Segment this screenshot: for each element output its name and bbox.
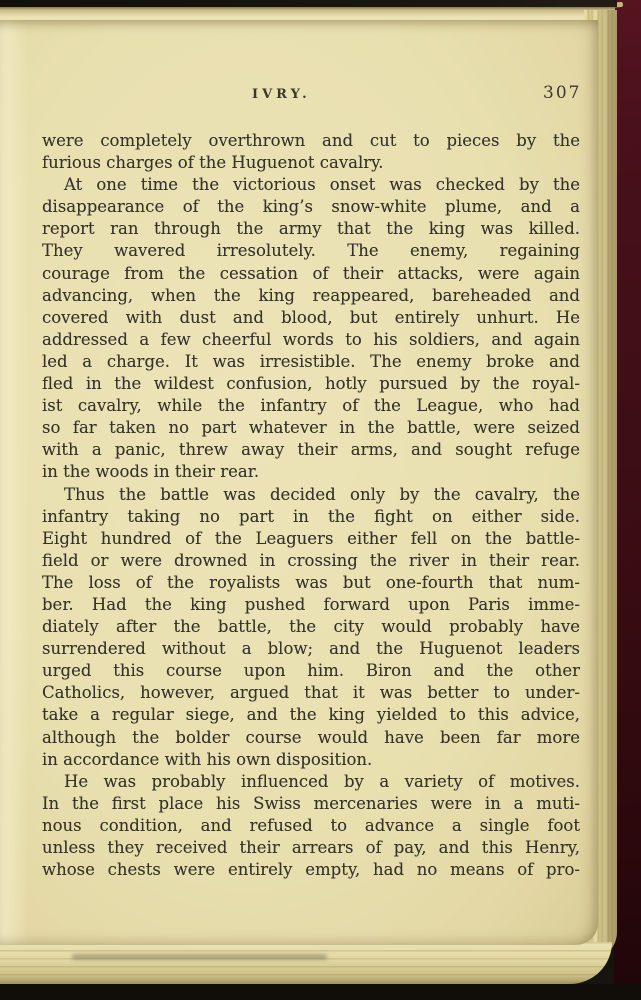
book-cover	[614, 0, 641, 986]
text-line: infantry taking no part in the fight on …	[42, 506, 580, 528]
text-line: They wavered irresolutely. The enemy, re…	[42, 240, 580, 262]
text-line: In the first place his Swiss mercenaries…	[42, 793, 580, 815]
text-line: ber. Had the king pushed forward upon Pa…	[42, 594, 580, 616]
text-line: field or were drowned in crossing the ri…	[42, 550, 580, 572]
text-line: nous condition, and refused to advance a…	[42, 815, 580, 837]
page-edges-bottom	[0, 942, 612, 984]
text-line: Catholics, however, argued that it was b…	[42, 682, 580, 704]
text-line: Thus the battle was decided only by the …	[42, 484, 580, 506]
text-line: in accordance with his own disposition.	[42, 749, 580, 771]
page-number: 307	[543, 83, 581, 103]
text-line: ist cavalry, while the infantry of the L…	[42, 395, 580, 417]
book-page: IVRY. 307 were completely overthrown and…	[0, 20, 598, 945]
text-line: were completely overthrown and cut to pi…	[42, 130, 580, 152]
text-line: so far taken no part whatever in the bat…	[42, 417, 580, 439]
text-line: covered with dust and blood, but entirel…	[42, 307, 580, 329]
text-line: diately after the battle, the city would…	[42, 616, 580, 638]
text-line: with a panic, threw away their arms, and…	[42, 439, 580, 461]
text-line: whose chests were entirely empty, had no…	[42, 859, 580, 881]
page-text: were completely overthrown and cut to pi…	[42, 130, 580, 881]
text-line: in the woods in their rear.	[42, 461, 580, 483]
text-line: unless they received their arrears of pa…	[42, 837, 580, 859]
text-line: disappearance of the king’s snow-white p…	[42, 196, 580, 218]
text-line: take a regular siege, and the king yield…	[42, 704, 580, 726]
photo-frame-top	[0, 0, 617, 7]
running-head: IVRY.	[252, 87, 311, 102]
text-line: courage from the cessation of their atta…	[42, 263, 580, 285]
text-line: surrendered without a blow; and the Hugu…	[42, 638, 580, 660]
text-line: Eight hundred of the Leaguers either fel…	[42, 528, 580, 550]
text-line: advancing, when the king reappeared, bar…	[42, 285, 580, 307]
text-line: urged this course upon him. Biron and th…	[42, 660, 580, 682]
text-line: furious charges of the Huguenot cavalry.	[42, 152, 580, 174]
book-photo: IVRY. 307 were completely overthrown and…	[0, 0, 641, 1000]
text-line: addressed a few cheerful words to his so…	[42, 329, 580, 351]
page-edge-smudge	[72, 955, 327, 959]
photo-frame-bottom	[0, 984, 641, 1000]
text-line: He was probably influenced by a variety …	[42, 771, 580, 793]
text-line: although the bolder course would have be…	[42, 727, 580, 749]
text-line: fled in the wildest confusion, hotly pur…	[42, 373, 580, 395]
text-line: The loss of the royalists was but one-fo…	[42, 572, 580, 594]
text-line: At one time the victorious onset was che…	[42, 174, 580, 196]
text-line: report ran through the army that the kin…	[42, 218, 580, 240]
text-line: led a charge. It was irresistible. The e…	[42, 351, 580, 373]
